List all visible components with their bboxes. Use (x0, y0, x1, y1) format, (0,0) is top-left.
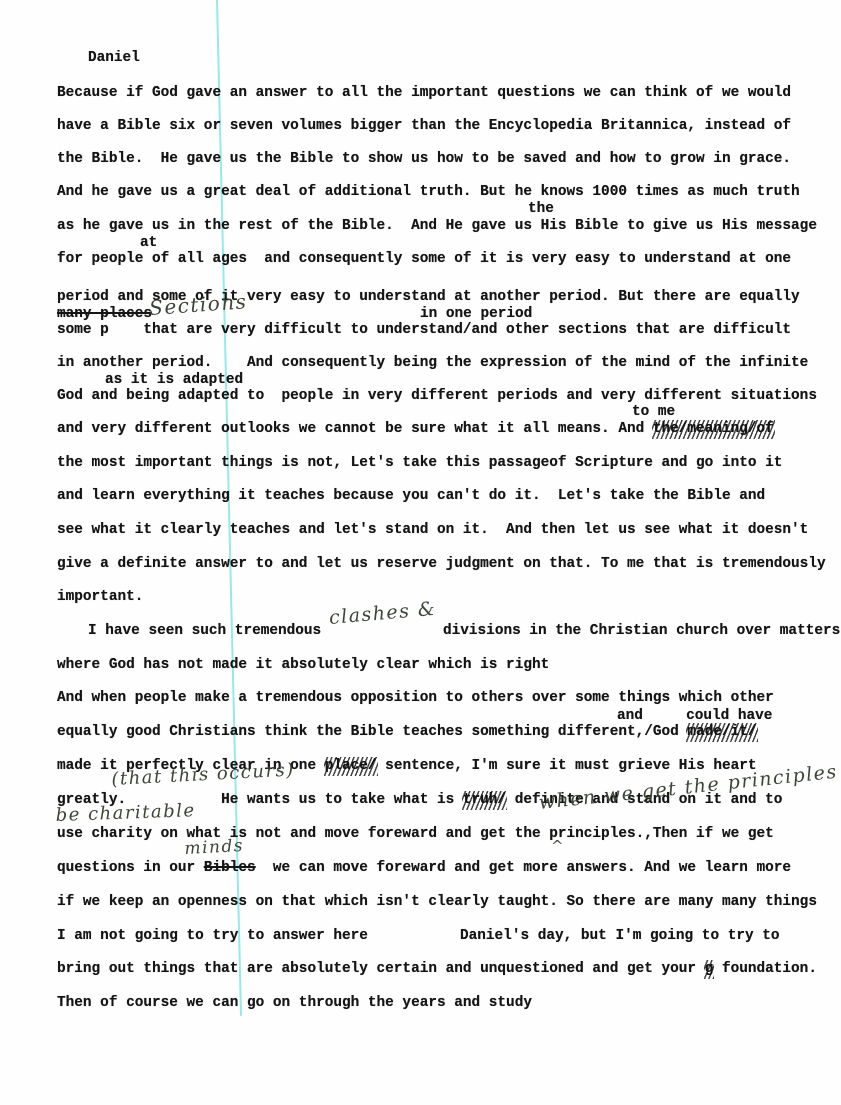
typed-line: I am not going to try to answer here (57, 928, 368, 945)
typed-line: see what it clearly teaches and let's st… (57, 522, 808, 539)
typed-text: see what it clearly teaches and let's st… (57, 522, 808, 538)
slashed-out-text: made/it/ (687, 724, 756, 741)
typed-text: if we keep an openness on that which isn… (57, 894, 817, 910)
typed-text: where God has not made it absolutely cle… (57, 657, 549, 673)
typed-text: to me (632, 404, 675, 420)
typed-line: to me (632, 404, 675, 421)
typed-text: the (528, 201, 554, 217)
typed-text: and could have (617, 708, 772, 724)
typed-line: for people of all ages and consequently … (57, 251, 791, 268)
typed-text: And he gave us a great deal of additiona… (57, 184, 800, 200)
typed-text: foundation. (713, 961, 817, 977)
typed-text: and learn everything it teaches because … (57, 488, 765, 504)
typed-text: have a Bible six or seven volumes bigger… (57, 118, 791, 134)
typed-text: at (140, 235, 157, 251)
typed-line: divisions in the Christian church over m… (443, 623, 840, 640)
struck-out-text: many places (57, 306, 152, 322)
typed-text: God and being adapted to people in very … (57, 388, 817, 404)
typed-text: bring out things that are absolutely cer… (57, 961, 705, 977)
typed-line: equally good Christians think the Bible … (57, 724, 757, 741)
typed-text: Then of course we can go on through the … (57, 995, 532, 1011)
typed-line: in one period (420, 306, 532, 323)
typed-text: the Bible. He gave us the Bible to show … (57, 151, 791, 167)
typed-text: in one period (420, 306, 532, 322)
typed-text: in another period. And consequently bein… (57, 355, 808, 371)
typed-line: as it is adapted (105, 372, 243, 389)
typed-line: God and being adapted to people in very … (57, 388, 817, 405)
typed-line: Daniel (88, 50, 140, 67)
typed-line: and learn everything it teaches because … (57, 488, 765, 505)
typed-line: in another period. And consequently bein… (57, 355, 808, 372)
slashed-out-text: truh/ (463, 792, 506, 809)
typed-line: Daniel's day, but I'm going to try to (460, 928, 780, 945)
typed-text: some p that are very difficult to unders… (57, 322, 791, 338)
typed-line: the Bible. He gave us the Bible to show … (57, 151, 791, 168)
typed-line: Because if God gave an answer to all the… (57, 85, 791, 102)
typed-line: and could have (617, 708, 772, 725)
typed-text: Because if God gave an answer to all the… (57, 85, 791, 101)
typed-text: the most important things is not, Let's … (57, 455, 782, 471)
handwritten-annotation: minds (184, 836, 245, 859)
typed-text: divisions in the Christian church over m… (443, 623, 840, 639)
typed-line: as he gave us in the rest of the Bible. … (57, 218, 817, 235)
handwritten-annotation: ^ (551, 837, 565, 855)
typed-text: give a definite answer to and let us res… (57, 556, 826, 572)
typed-text: and very different outlooks we cannot be… (57, 421, 653, 437)
typed-line: Then of course we can go on through the … (57, 995, 532, 1012)
slashed-out-text: the/meaning/of (653, 421, 774, 438)
typed-line: if we keep an openness on that which isn… (57, 894, 817, 911)
typed-text: And when people make a tremendous opposi… (57, 690, 774, 706)
typed-text: as he gave us in the rest of the Bible. … (57, 218, 817, 234)
typed-line: I have seen such tremendous (88, 623, 321, 640)
typed-line: the (528, 201, 554, 218)
typed-text: Daniel's day, but I'm going to try to (460, 928, 780, 944)
typed-text: use charity on what is not and move fore… (57, 826, 774, 842)
typed-text: important. (57, 589, 143, 605)
typed-line: give a definite answer to and let us res… (57, 556, 826, 573)
typed-text: Daniel (88, 50, 140, 66)
typed-line: questions in our Bibles we can move fore… (57, 860, 791, 877)
typed-line: some p that are very difficult to unders… (57, 322, 791, 339)
typed-line: use charity on what is not and move fore… (57, 826, 774, 843)
typed-line: bring out things that are absolutely cer… (57, 961, 817, 978)
typed-text: for people of all ages and consequently … (57, 251, 791, 267)
typed-text: questions in our (57, 860, 204, 876)
typed-text: sentence, I'm sure it must grieve His he… (377, 758, 757, 774)
slashed-out-text: g (705, 961, 714, 978)
typed-text: equally good Christians think the Bible … (57, 724, 687, 740)
typed-line: And he gave us a great deal of additiona… (57, 184, 800, 201)
document-page: DanielBecause if God gave an answer to a… (0, 0, 841, 1105)
typed-text: I am not going to try to answer here (57, 928, 368, 944)
typed-line: have a Bible six or seven volumes bigger… (57, 118, 791, 135)
slashed-out-text: place/ (325, 758, 377, 775)
typed-line: important. (57, 589, 143, 606)
typed-line: And when people make a tremendous opposi… (57, 690, 774, 707)
typed-line: and very different outlooks we cannot be… (57, 421, 774, 438)
struck-out-text: Bibles (204, 860, 256, 876)
handwritten-annotation: clashes & (328, 598, 437, 629)
typed-line: at (140, 235, 157, 252)
handwritten-annotation: be charitable (55, 800, 196, 826)
typed-line: many places (57, 306, 152, 323)
typed-line: the most important things is not, Let's … (57, 455, 782, 472)
typed-line: where God has not made it absolutely cle… (57, 657, 549, 674)
typed-text: as it is adapted (105, 372, 243, 388)
typed-text: I have seen such tremendous (88, 623, 321, 639)
typed-text: we can move foreward and get more answer… (256, 860, 791, 876)
